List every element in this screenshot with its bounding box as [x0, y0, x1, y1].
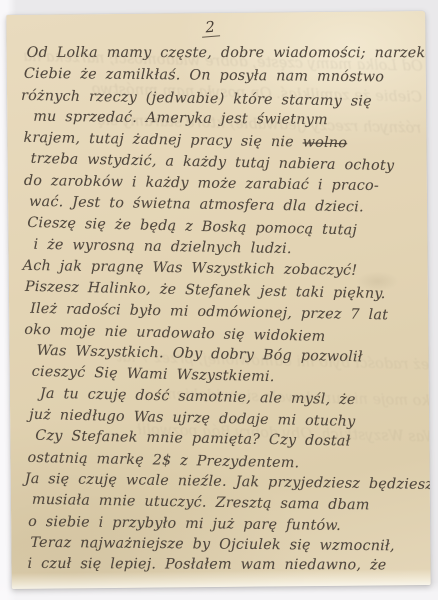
letter-line-text: mu sprzedać. Ameryka jest świetnym [33, 109, 328, 128]
letter-line-text: różnych rzeczy (jedwabie) które staramy … [21, 87, 372, 109]
letter-line-text: Teraz najważniejsze by Ojciulek się wzmo… [30, 535, 394, 554]
letter-line-text: cieszyć Się Wami Wszystkiemi. [32, 364, 275, 385]
letter-line: Ciebie że zamilkłaś. On posyła nam mnóst… [24, 64, 421, 89]
letter-line-text: Ach jak pragnę Was Wszystkich zobaczyć! [23, 258, 358, 279]
letter-line: i czuł się lepiej. Posłałem wam niedawno… [28, 554, 426, 577]
letter-line-text: Ja się czuję wcale nieźle. Jak przyjedzi… [25, 471, 431, 493]
letter-line-text: Ciebie że zamilkłaś. On posyła nam mnóst… [24, 66, 384, 85]
letter-line-text: i czuł się lepiej. Posłałem wam niedawno… [28, 556, 387, 574]
letter-line-text: do zarobków i każdy może zarabiać i prac… [24, 173, 379, 194]
struck-word: wolno [303, 135, 348, 152]
letter-line-text: Ja tu czuję dość samotnie, ale myśl, że [40, 385, 356, 407]
letter-line: Od Lolka mamy częste, dobre wiadomości; … [27, 43, 421, 65]
letter-scan: Od Lolka mamy częste, dobre wiadomości; … [0, 0, 438, 600]
letter-line-text: Od Lolka mamy częste, dobre wiadomości; … [27, 45, 431, 61]
page-number: 2 [200, 17, 219, 37]
letter-line-text: krajem, tutaj żadnej pracy się nie [23, 130, 302, 151]
letter-line-text: wać. Jest to świetna atmosfera dla dziec… [29, 194, 364, 216]
letter-line-text: Ileż radości było mi odmówionej, przez 7… [30, 300, 388, 323]
letter-line-text: o siebie i przybyło mi już parę funtów. [28, 513, 341, 533]
letter-line-text: i że wyrosną na dzielnych ludzi. [33, 236, 291, 256]
letter-line-text: Czy Stefanek mnie pamięta? Czy dostał [35, 428, 350, 450]
letter-page: Od Lolka mamy częste, dobre wiadomości; … [6, 11, 430, 589]
letter-body: Od Lolka mamy częste, dobre wiadomości; … [7, 37, 431, 575]
letter-line-text: musiała mnie utuczyć. Zresztą sama dbam [32, 492, 370, 514]
letter-line-text: ostatnią markę 2$ z Prezydentem. [27, 449, 299, 470]
